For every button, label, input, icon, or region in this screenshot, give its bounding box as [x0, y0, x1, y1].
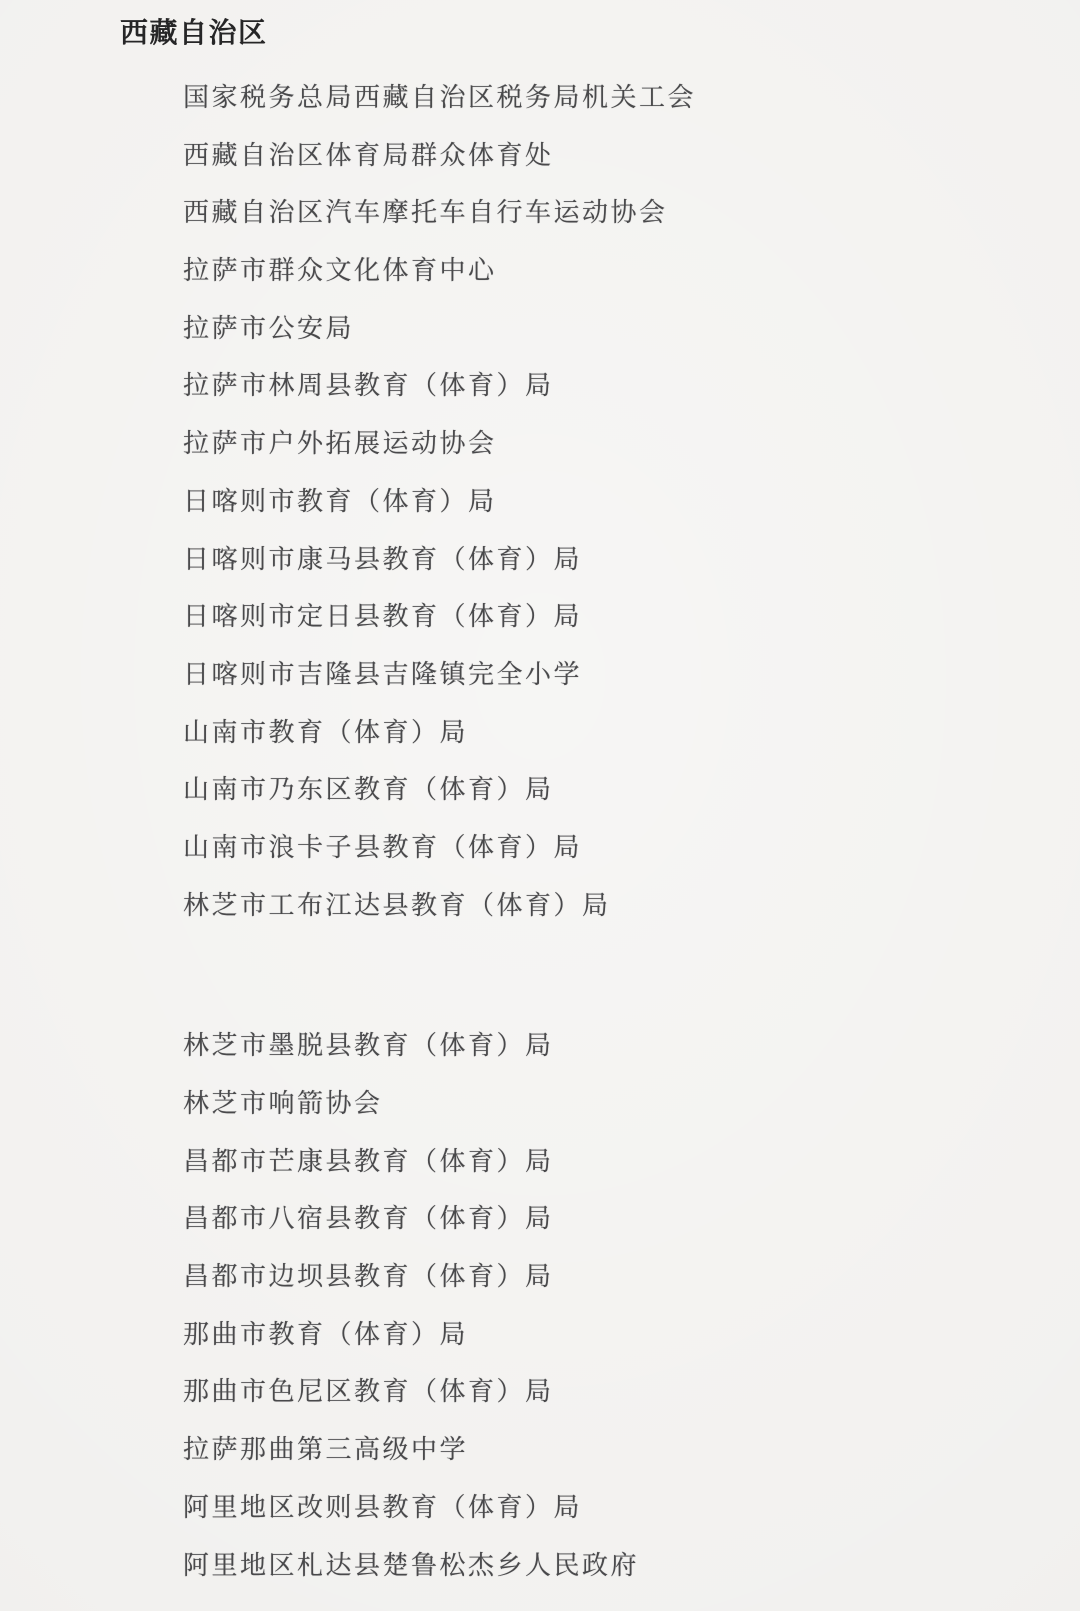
organization-group-2: 林芝市墨脱县教育（体育）局林芝市响箭协会昌都市芒康县教育（体育）局昌都市八宿县教… [183, 1030, 1043, 1607]
list-item: 林芝市响箭协会 [183, 1088, 1043, 1146]
list-item: 西藏自治区汽车摩托车自行车运动协会 [183, 197, 1043, 255]
list-item: 山南市乃东区教育（体育）局 [183, 774, 1043, 832]
list-item: 西藏自治区体育局群众体育处 [183, 140, 1043, 198]
list-item: 日喀则市定日县教育（体育）局 [183, 601, 1043, 659]
list-item: 林芝市墨脱县教育（体育）局 [183, 1030, 1043, 1088]
list-item: 昌都市芒康县教育（体育）局 [183, 1146, 1043, 1204]
list-item: 拉萨市公安局 [183, 313, 1043, 371]
list-item: 日喀则市康马县教育（体育）局 [183, 544, 1043, 602]
region-heading: 西藏自治区 [120, 17, 268, 49]
list-item: 拉萨市户外拓展运动协会 [183, 428, 1043, 486]
list-item: 日喀则市吉隆县吉隆镇完全小学 [183, 659, 1043, 717]
list-item: 山南市浪卡子县教育（体育）局 [183, 832, 1043, 890]
list-item: 拉萨那曲第三高级中学 [183, 1434, 1043, 1492]
list-item: 昌都市八宿县教育（体育）局 [183, 1203, 1043, 1261]
list-item: 那曲市教育（体育）局 [183, 1319, 1043, 1377]
list-item: 拉萨市林周县教育（体育）局 [183, 370, 1043, 428]
list-item: 国家税务总局西藏自治区税务局机关工会 [183, 82, 1043, 140]
list-item: 昌都市边坝县教育（体育）局 [183, 1261, 1043, 1319]
list-item: 阿里地区改则县教育（体育）局 [183, 1492, 1043, 1550]
list-item: 山南市教育（体育）局 [183, 717, 1043, 775]
organization-group-1: 国家税务总局西藏自治区税务局机关工会西藏自治区体育局群众体育处西藏自治区汽车摩托… [183, 82, 1043, 947]
document-page: 西藏自治区 国家税务总局西藏自治区税务局机关工会西藏自治区体育局群众体育处西藏自… [0, 0, 1080, 1611]
list-item: 日喀则市教育（体育）局 [183, 486, 1043, 544]
list-item: 那曲市色尼区教育（体育）局 [183, 1376, 1043, 1434]
list-item: 阿里地区札达县楚鲁松杰乡人民政府 [183, 1550, 1043, 1608]
organization-list: 国家税务总局西藏自治区税务局机关工会西藏自治区体育局群众体育处西藏自治区汽车摩托… [183, 82, 1043, 1607]
list-item: 拉萨市群众文化体育中心 [183, 255, 1043, 313]
list-item: 林芝市工布江达县教育（体育）局 [183, 890, 1043, 948]
